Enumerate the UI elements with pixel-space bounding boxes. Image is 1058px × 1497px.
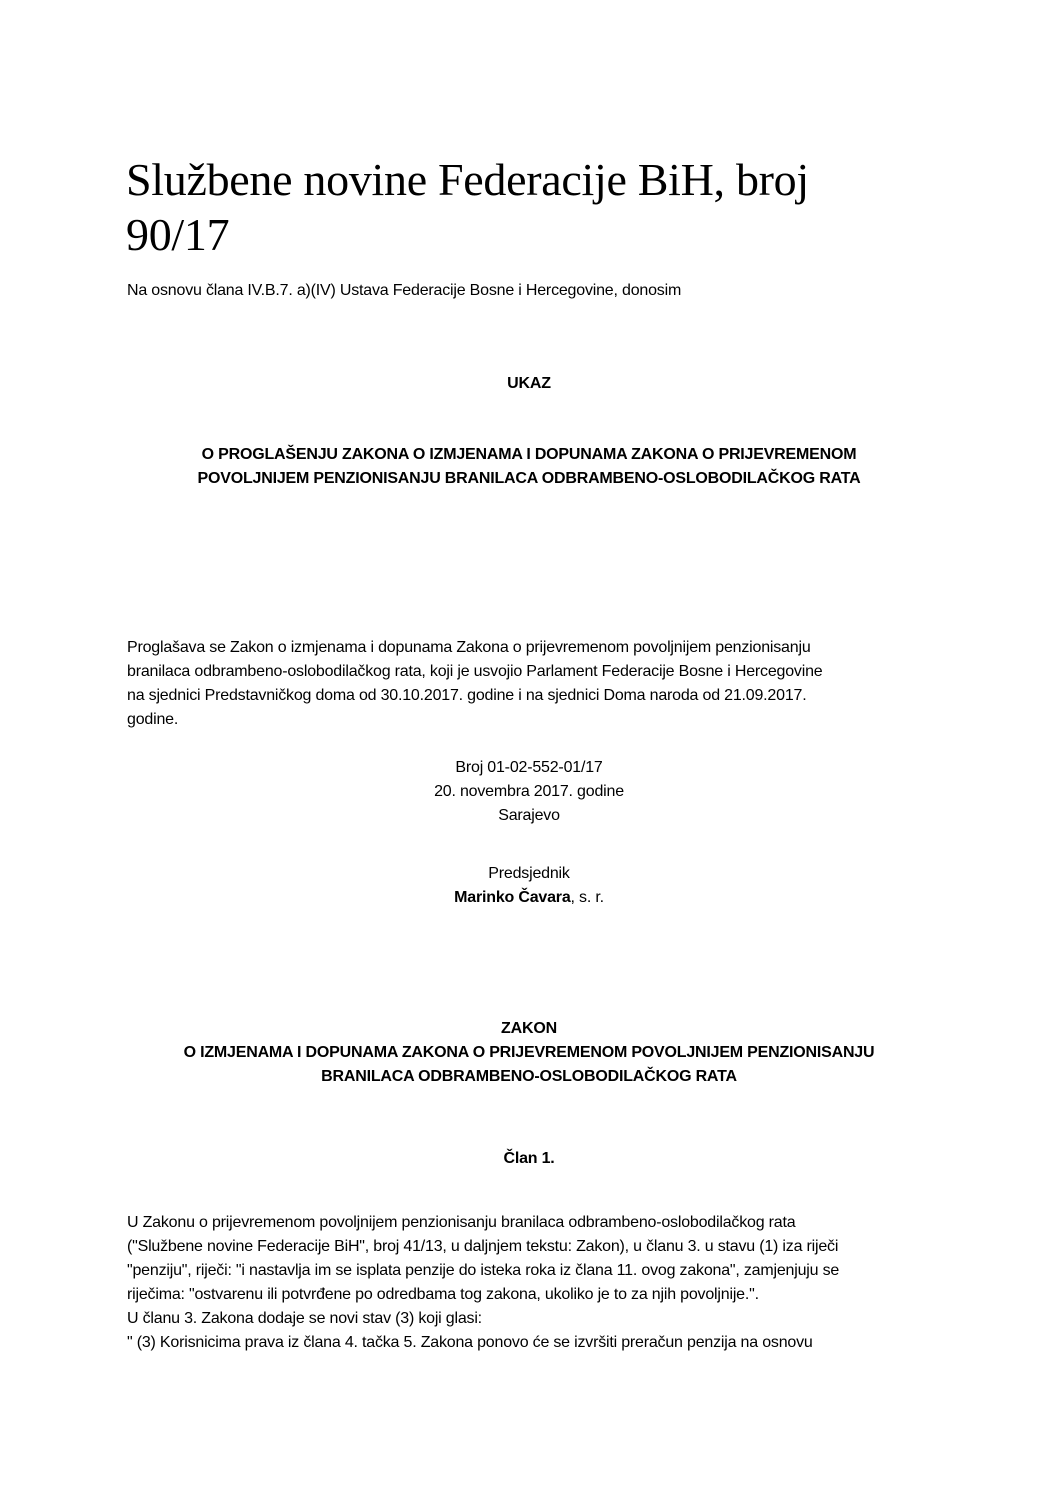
paragraph-line: riječima: "ostvarenu ili potvrđene po od…	[127, 1283, 947, 1307]
signer-block: Predsjednik Marinko Čavara, s. r.	[0, 862, 1058, 910]
intro-paragraph: Na osnovu člana IV.B.7. a)(IV) Ustava Fe…	[127, 279, 681, 303]
paragraph-line: U Zakonu o prijevremenom povoljnijem pen…	[127, 1211, 947, 1235]
decree-date: 20. novembra 2017. godine	[0, 780, 1058, 804]
ukaz-subheading: O PROGLAŠENJU ZAKONA O IZMJENAMA I DOPUN…	[0, 443, 1058, 491]
signer-role: Predsjednik	[0, 862, 1058, 886]
paragraph-line: Proglašava se Zakon o izmjenama i dopuna…	[127, 636, 927, 660]
paragraph-line: branilaca odbrambeno-oslobodilačkog rata…	[127, 660, 927, 684]
zakon-subheading-line: BRANILACA ODBRAMBENO-OSLOBODILAČKOG RATA	[0, 1065, 1058, 1089]
signer-line: Marinko Čavara, s. r.	[0, 886, 1058, 910]
ukaz-subheading-line: POVOLJNIJEM PENZIONISANJU BRANILACA ODBR…	[0, 467, 1058, 491]
paragraph-line: ("Službene novine Federacije BiH", broj …	[127, 1235, 947, 1259]
decree-number: Broj 01-02-552-01/17	[0, 756, 1058, 780]
document-page: Službene novine Federacije BiH, broj 90/…	[0, 0, 1058, 1497]
paragraph-line: godine.	[127, 708, 927, 732]
ukaz-subheading-line: O PROGLAŠENJU ZAKONA O IZMJENAMA I DOPUN…	[0, 443, 1058, 467]
paragraph-line: "penziju", riječi: "i nastavlja im se is…	[127, 1259, 947, 1283]
decree-place: Sarajevo	[0, 804, 1058, 828]
paragraph-line: na sjednici Predstavničkog doma od 30.10…	[127, 684, 927, 708]
proclamation-paragraph: Proglašava se Zakon o izmjenama i dopuna…	[127, 636, 927, 732]
decree-reference-block: Broj 01-02-552-01/17 20. novembra 2017. …	[0, 756, 1058, 828]
ukaz-heading: UKAZ	[0, 372, 1058, 396]
signer-name: Marinko Čavara	[454, 889, 570, 906]
signer-suffix: , s. r.	[571, 889, 604, 906]
zakon-subheading-line: O IZMJENAMA I DOPUNAMA ZAKONA O PRIJEVRE…	[0, 1041, 1058, 1065]
article-body: U Zakonu o prijevremenom povoljnijem pen…	[127, 1211, 947, 1355]
zakon-title: ZAKON	[0, 1017, 1058, 1041]
article-heading: Član 1.	[0, 1147, 1058, 1171]
document-title: Službene novine Federacije BiH, broj 90/…	[126, 152, 886, 262]
zakon-heading: ZAKON O IZMJENAMA I DOPUNAMA ZAKONA O PR…	[0, 1017, 1058, 1089]
paragraph-line: " (3) Korisnicima prava iz člana 4. tačk…	[127, 1331, 947, 1355]
document-title-line-1: Službene novine Federacije BiH, broj	[126, 154, 809, 205]
paragraph-line: U članu 3. Zakona dodaje se novi stav (3…	[127, 1307, 947, 1331]
document-title-line-2: 90/17	[126, 209, 229, 260]
